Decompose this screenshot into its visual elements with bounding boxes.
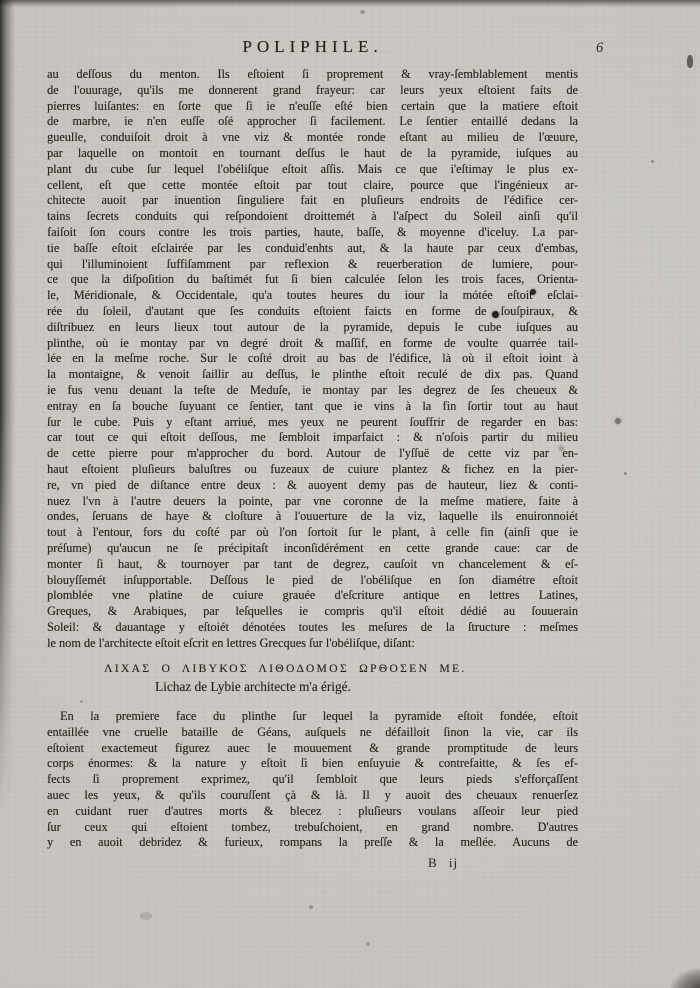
text-line: le, Méridionale, & Occidentale, qu'a tou… xyxy=(47,288,578,304)
text-line: Soleil: & dauantage y eſtoiét dénotées t… xyxy=(47,620,578,636)
text-line: par laquelle on montoit en tournant deſſ… xyxy=(47,146,578,162)
text-line: y en auoit debridez & furieux, rompans l… xyxy=(47,835,578,851)
text-line: nuez l'vn à l'autre deuers la pointe, pa… xyxy=(47,494,578,510)
ink-speck xyxy=(80,700,83,703)
text-line: cellent, eſt que cette montée eſtoit par… xyxy=(47,178,578,194)
text-line: plant du cube ſur lequel l'obéliſque eſt… xyxy=(47,162,578,178)
text-line: ſur le cube. Puis y eſtant arriué, mes y… xyxy=(47,415,578,431)
ink-speck xyxy=(309,905,313,909)
text-line: plomblée vne platine de cuiure grauée d'… xyxy=(47,588,578,604)
page-corner-curl xyxy=(670,968,700,988)
text-line: plinthe, où ie montay par vn degré droit… xyxy=(47,336,578,352)
text-line: le nom de l'architecte eſtoit eſcrit en … xyxy=(47,636,578,652)
text-line: préſume) qu'aucun ne ſe précipitaſt inco… xyxy=(47,541,578,557)
text-line: tout à l'entour, fors du coſté par où l'… xyxy=(47,525,578,541)
text-line: En la premiere face du plinthe ſur leque… xyxy=(47,709,578,725)
text-line: auec les yeux, & qu'ils couruſſent çà & … xyxy=(47,788,578,804)
text-line: monter ſi haut, & tournoyer par tant de … xyxy=(47,557,578,573)
text-line: re, vn pied de diſtance entre deux : & a… xyxy=(47,478,578,494)
scan-gutter-shadow xyxy=(0,0,15,988)
text-line: gueulle, conduiſoit droit à vne viz & mo… xyxy=(47,130,578,146)
text-line: diſtribuez en leurs lieux tout autour de… xyxy=(47,320,578,336)
text-line: de cette pierre pour m'approcher du bord… xyxy=(47,446,578,462)
text-line: de marbre, ie n'en euſſe oſé approcher ſ… xyxy=(47,114,578,130)
text-line: la montaigne, & venoit ſaillir au deſſus… xyxy=(47,367,578,383)
text-line: pierres luiſantes: en ſorte que ſi ie n'… xyxy=(47,99,578,115)
text-line: ondes, ſeruans de haye & cloſture à l'ou… xyxy=(47,509,578,525)
text-line: entray en ſa bouche ſuyuant ce ſentier, … xyxy=(47,399,578,415)
scanned-book-page: POLIPHILE. 6 au deſſous du menton. Ils e… xyxy=(0,0,700,988)
text-line: tie baſſe eſtoit eſclairée par les condu… xyxy=(47,241,578,257)
text-line: car tout ce qui eſtoit deſſous, me ſembl… xyxy=(47,430,578,446)
text-line: haut eſtoient pluſieurs baluſtres ou fuz… xyxy=(47,462,578,478)
text-line: chitecte auoit par inuention ſinguliere … xyxy=(47,193,578,209)
text-line: de l'ouurage, qu'ils me donnerent grand … xyxy=(47,83,578,99)
text-line: Greques, & Arabiques, par leſquelles ie … xyxy=(47,604,578,620)
paper-smudge xyxy=(140,912,152,920)
greek-inscription: ΛΙΧΑΣ Ο ΛΙΒΥΚΟΣ ΛΙΘΟΔΟΜΟΣ ΩΡΘΟΣΕΝ ΜΕ. xyxy=(104,662,467,675)
text-line: corps énormes: & la nature y eſtoit ſi b… xyxy=(47,756,578,772)
greek-translation: Lichaz de Lybie architecte m'a érigé. xyxy=(155,679,351,695)
ink-speck xyxy=(651,160,654,163)
text-line: ſur ceux qui eſtoient tombez, trebuſchoi… xyxy=(47,820,578,836)
text-line: en cuidant ruer d'autres morts & blecez … xyxy=(47,804,578,820)
scan-top-edge xyxy=(0,0,700,7)
text-line: ce que la diſpoſition du baſtimét fut ſi… xyxy=(47,272,578,288)
text-line: lée en la meſme roche. Sur le coſté droi… xyxy=(47,351,578,367)
ink-speck xyxy=(615,418,621,424)
text-line: rée du ſoleil, d'autant que ſes conduits… xyxy=(47,304,578,320)
paragraph-2: En la premiere face du plinthe ſur leque… xyxy=(47,709,578,851)
signature-mark: B ij xyxy=(428,855,458,871)
ink-speck xyxy=(366,942,370,946)
text-line: tains ſecrets conduits qui reſpondoient … xyxy=(47,209,578,225)
text-line: faiſoit ſon cours contre les trois parti… xyxy=(47,225,578,241)
text-line: blouyſſemét inſupportable. Deſſous le pi… xyxy=(47,573,578,589)
running-title: POLIPHILE. xyxy=(47,37,578,57)
ink-speck xyxy=(624,472,627,475)
text-line: eſtoient exactemeut figurez auec le mouu… xyxy=(47,741,578,757)
text-line: fects ſi proprement exprimez, qu'il ſemb… xyxy=(47,772,578,788)
scan-edge-nick xyxy=(687,55,693,68)
text-line: entaillée vne cruelle bataille de Géans,… xyxy=(47,725,578,741)
text-line: au deſſous du menton. Ils eſtoient ſi pr… xyxy=(47,67,578,83)
text-line: ie fus venu deuant la teſte de Meduſe, i… xyxy=(47,383,578,399)
text-line: qui l'illuminoient ſuffiſamment par refl… xyxy=(47,257,578,273)
paragraph-1: au deſſous du menton. Ils eſtoient ſi pr… xyxy=(47,67,578,651)
page-number: 6 xyxy=(596,40,603,57)
ink-speck xyxy=(360,10,365,14)
